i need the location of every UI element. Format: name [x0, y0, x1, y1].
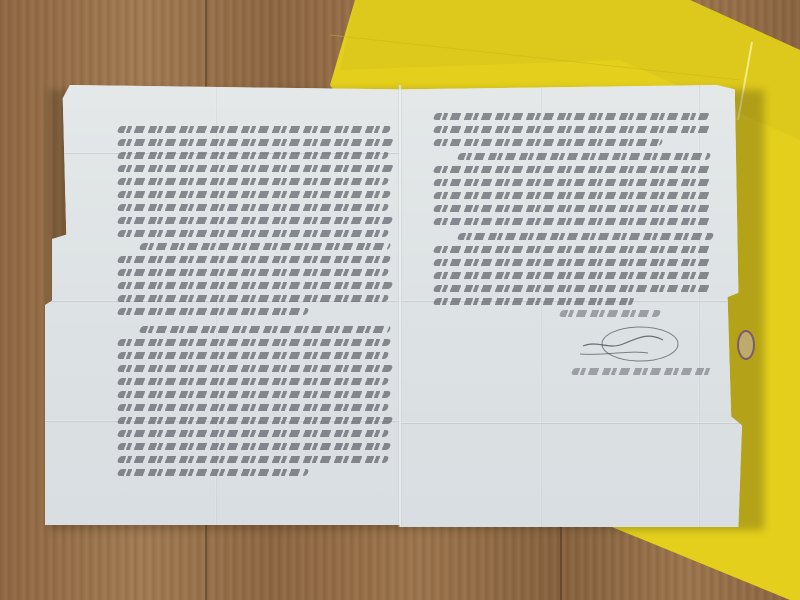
signature-flourish — [578, 320, 688, 364]
fold-line — [698, 85, 700, 527]
fold-line — [400, 422, 745, 424]
closing-line — [559, 310, 662, 317]
letter-page-right — [400, 85, 760, 527]
wax-seal-remnant — [737, 330, 755, 360]
fold-line — [540, 85, 542, 527]
center-fold — [398, 85, 402, 527]
signature-title-line — [571, 368, 714, 375]
